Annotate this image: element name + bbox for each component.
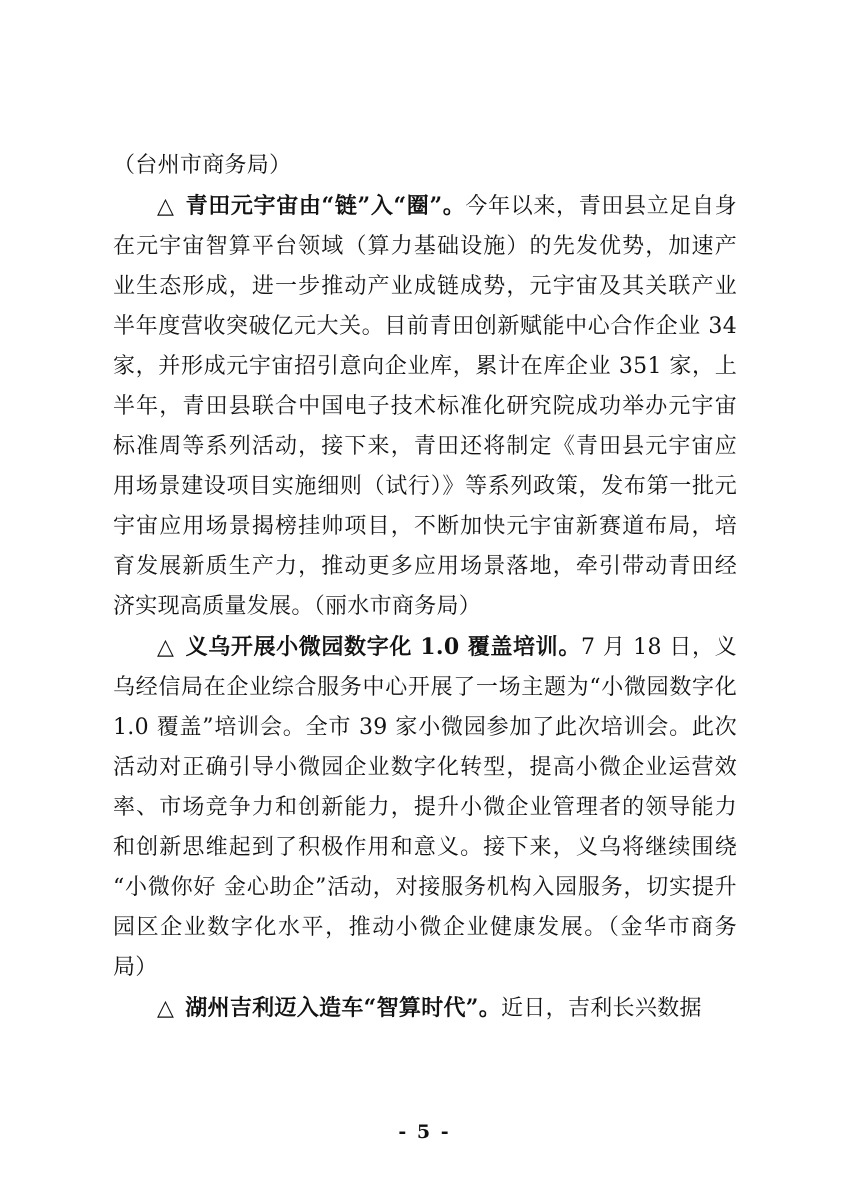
item-heading-text: 义乌开展小微园数字化 1.0 覆盖培训。	[186, 634, 581, 660]
paragraph-item-huzhou-geely: △湖州吉利迈入造车“智算时代”。近日，吉利长兴数据	[113, 988, 737, 1029]
item-heading-text: 青田元宇宙由“链”入“圈”。	[186, 193, 466, 219]
document-body-text: （台州市商务局） △青田元宇宙由“链”入“圈”。今年以来，青田县立足自身在元宇宙…	[113, 146, 737, 1029]
paragraph-item-yiwu-training: △义乌开展小微园数字化 1.0 覆盖培训。7 月 18 日，义乌经信局在企业综合…	[113, 627, 737, 988]
continuation-text: （台州市商务局）	[113, 153, 291, 178]
triangle-marker-icon: △	[157, 995, 174, 1021]
paragraph-item-qingtian-metaverse: △青田元宇宙由“链”入“圈”。今年以来，青田县立足自身在元宇宙智算平台领域（算力…	[113, 186, 737, 627]
item-body-text: 7 月 18 日，义乌经信局在企业综合服务中心开展了一场主题为“小微园数字化 1…	[113, 635, 737, 980]
triangle-marker-icon: △	[157, 193, 175, 219]
page-number: - 5 -	[0, 1121, 849, 1143]
item-heading-text: 湖州吉利迈入造车“智算时代”。	[185, 995, 501, 1021]
paragraph-continuation-source-attribution: （台州市商务局）	[113, 146, 737, 186]
item-heading: △义乌开展小微园数字化 1.0 覆盖培训。	[157, 634, 581, 660]
item-body-text: 近日，吉利长兴数据	[501, 996, 702, 1021]
document-page: （台州市商务局） △青田元宇宙由“链”入“圈”。今年以来，青田县立足自身在元宇宙…	[0, 0, 849, 1200]
item-heading: △青田元宇宙由“链”入“圈”。	[157, 193, 465, 219]
item-body-text: 今年以来，青田县立足自身在元宇宙智算平台领域（算力基础设施）的先发优势，加速产业…	[113, 194, 737, 619]
triangle-marker-icon: △	[157, 634, 175, 660]
item-heading: △湖州吉利迈入造车“智算时代”。	[157, 995, 501, 1021]
